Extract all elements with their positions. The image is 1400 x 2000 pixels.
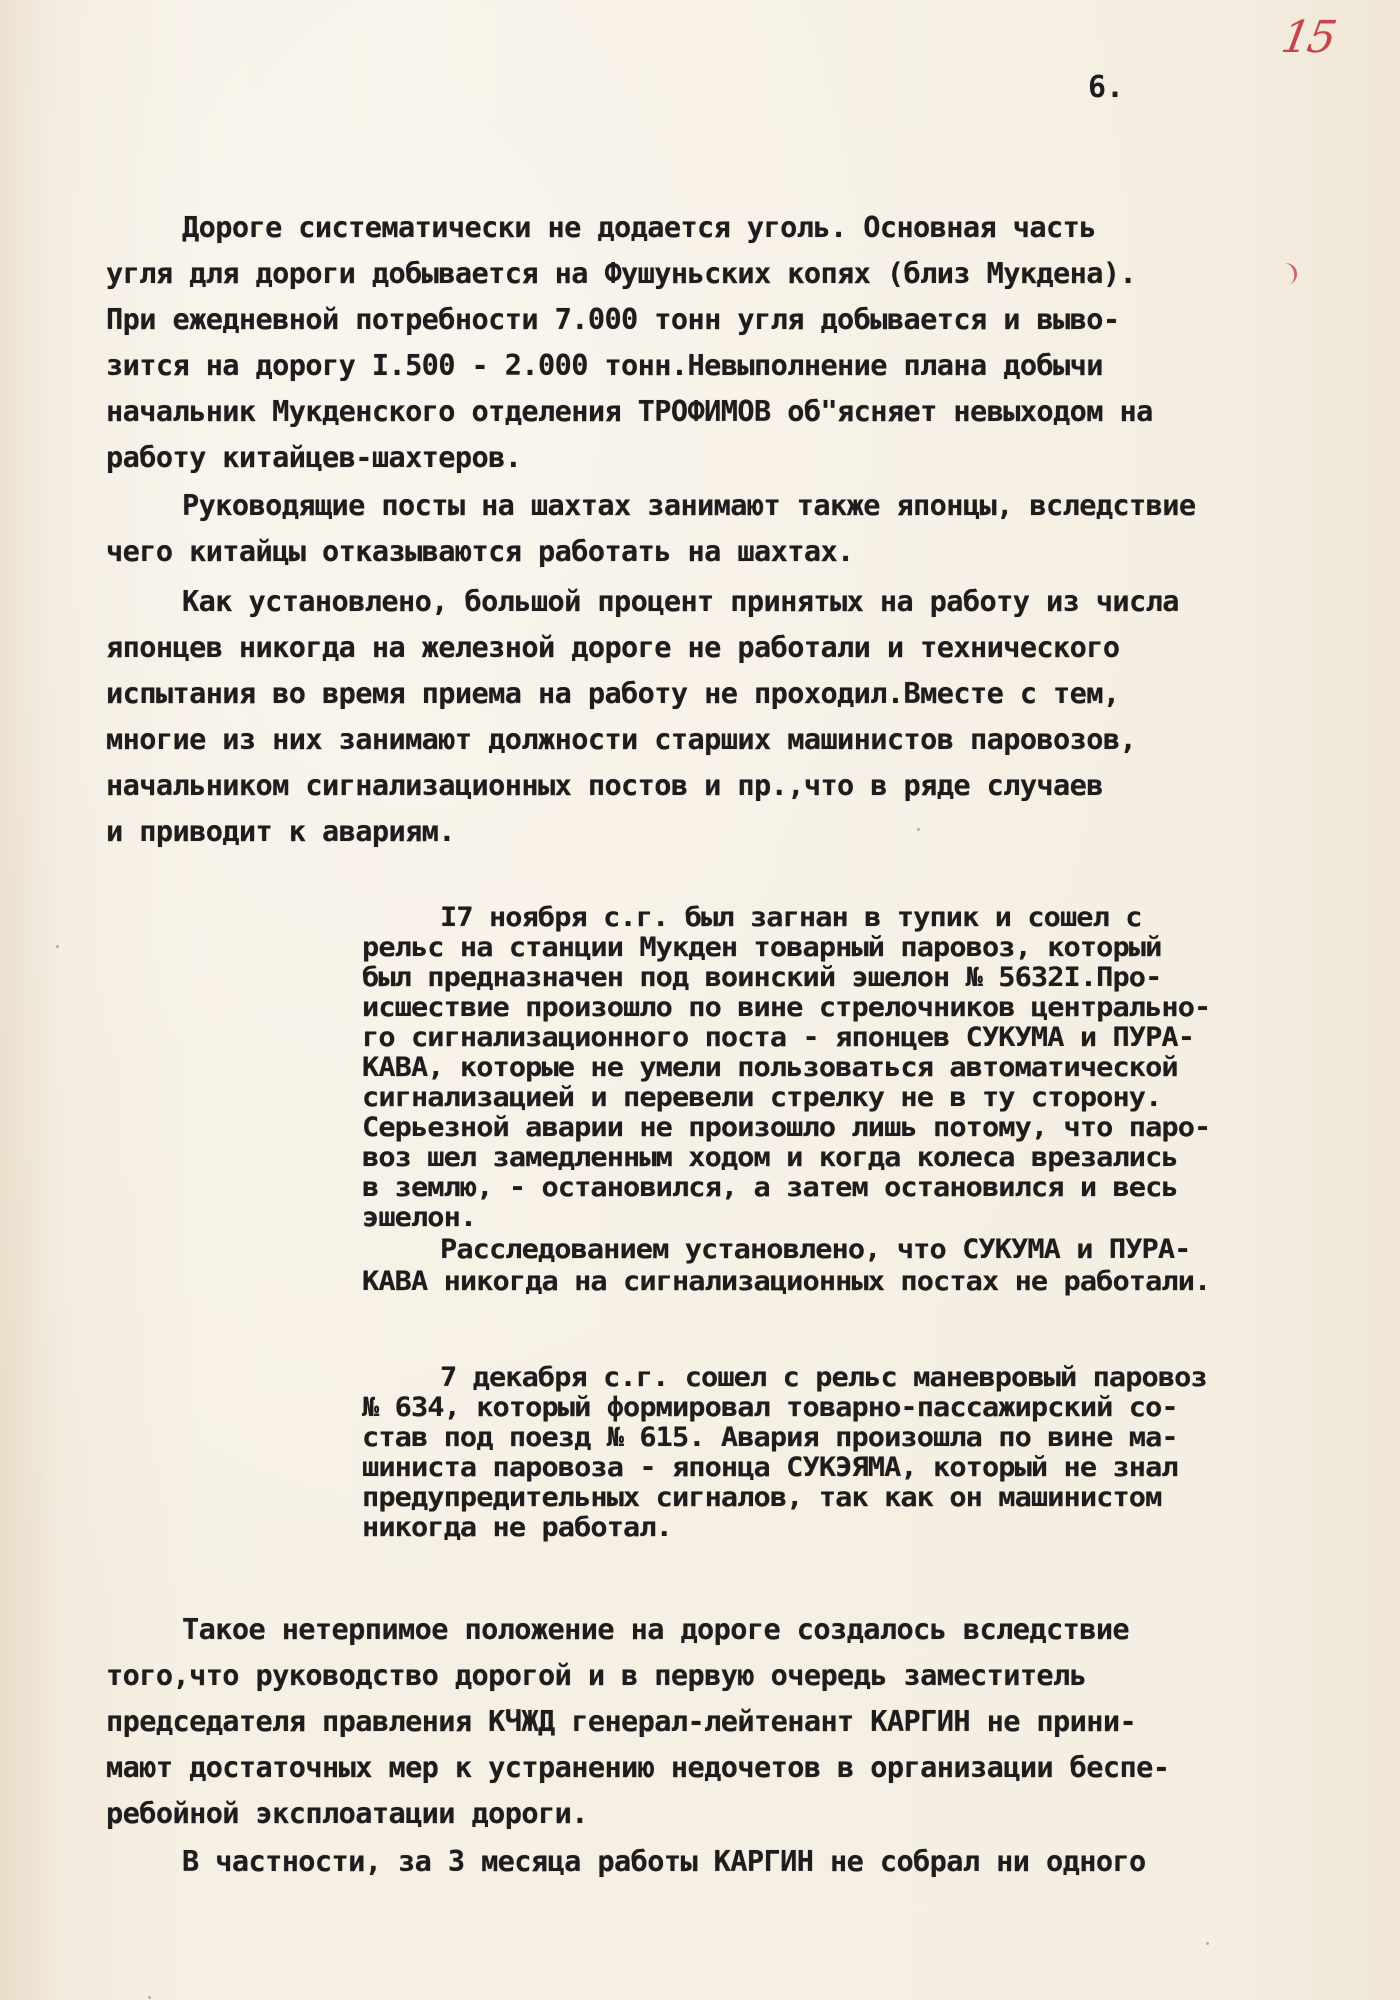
- text-line: сигнализацией и перевели стрелку не в ту…: [362, 1081, 1161, 1112]
- text-line: шиниста паровоза - японца СУКЭЯМА, котор…: [362, 1451, 1178, 1482]
- text-line: чего китайцы отказываются работать на ша…: [106, 534, 854, 568]
- text-line: ребойной эксплоатации дороги.: [106, 1796, 588, 1830]
- text-line: № 634, который формировал товарно-пассаж…: [362, 1391, 1178, 1422]
- text-line: КАВА, которые не умели пользоваться авто…: [362, 1051, 1178, 1082]
- text-line: начальник Мукденского отделения ТРОФИМОВ…: [106, 394, 1153, 428]
- text-line: Серьезной аварии не произошло лишь потом…: [362, 1111, 1210, 1142]
- text-line: При ежедневной потребности 7.000 тонн уг…: [106, 302, 1120, 336]
- text-line: японцев никогда на железной дороге не ра…: [106, 630, 1120, 664]
- text-line: начальником сигнализационных постов и пр…: [106, 768, 1103, 802]
- text-line: многие из них занимают должности старших…: [106, 722, 1136, 756]
- text-line: зится на дорогу I.500 - 2.000 тонн.Невып…: [106, 348, 1103, 382]
- text-line: никогда не работал.: [362, 1511, 672, 1542]
- text-line: работу китайцев-шахтеров.: [106, 440, 521, 474]
- text-line: и приводит к авариям.: [106, 814, 455, 848]
- text-line: мают достаточных мер к устранению недоче…: [106, 1750, 1169, 1784]
- text-line: I7 ноября с.г. был загнан в тупик и соше…: [440, 901, 1142, 932]
- paper-speck: [148, 1996, 151, 1999]
- text-line: Такое нетерпимое положение на дороге соз…: [182, 1612, 1129, 1646]
- text-line: 7 декабря с.г. сошел с рельс маневровый …: [440, 1361, 1207, 1392]
- text-line: воз шел замедленным ходом и когда колеса…: [362, 1141, 1178, 1172]
- text-line: испытания во время приема на работу не п…: [106, 676, 1120, 710]
- text-line: Расследованием установлено, что СУКУМА и…: [440, 1233, 1191, 1264]
- typewritten-document-page: 15 6. Дороге систематически не додается …: [0, 0, 1400, 2000]
- text-line: был предназначен под воинский эшелон № 5…: [362, 961, 1161, 992]
- text-line: КАВА никогда на сигнализационных постах …: [362, 1265, 1210, 1296]
- paper-speck: [917, 828, 920, 831]
- page-number: 6.: [1088, 70, 1124, 105]
- text-line: исшествие произошло по вине стрелочников…: [362, 991, 1210, 1022]
- text-line: Как установлено, большой процент приняты…: [182, 584, 1179, 618]
- text-line: став под поезд № 615. Авария произошла п…: [362, 1421, 1178, 1452]
- text-line: рельс на станции Мукден товарный паровоз…: [362, 931, 1161, 962]
- text-line: председателя правления КЧЖД генерал-лейт…: [106, 1704, 1136, 1738]
- archive-folio-number: 15: [1278, 12, 1339, 63]
- text-line: эшелон.: [362, 1201, 476, 1232]
- text-line: В частности, за 3 месяца работы КАРГИН н…: [182, 1844, 1146, 1878]
- paper-speck: [1206, 1942, 1209, 1945]
- text-line: Дороге систематически не додается уголь.…: [182, 210, 1096, 244]
- text-line: Руководящие посты на шахтах занимают так…: [182, 488, 1196, 522]
- text-line: в землю, - остановился, а затем останови…: [362, 1171, 1178, 1202]
- text-line: го сигнализационного поста - японцев СУК…: [362, 1021, 1194, 1052]
- paper-speck: [56, 945, 59, 948]
- text-line: угля для дороги добывается на Фушуньских…: [106, 256, 1136, 290]
- text-line: предупредительных сигналов, так как он м…: [362, 1481, 1161, 1512]
- text-line: того,что руководство дорогой и в первую …: [106, 1658, 1086, 1692]
- red-pencil-mark: [1283, 261, 1299, 285]
